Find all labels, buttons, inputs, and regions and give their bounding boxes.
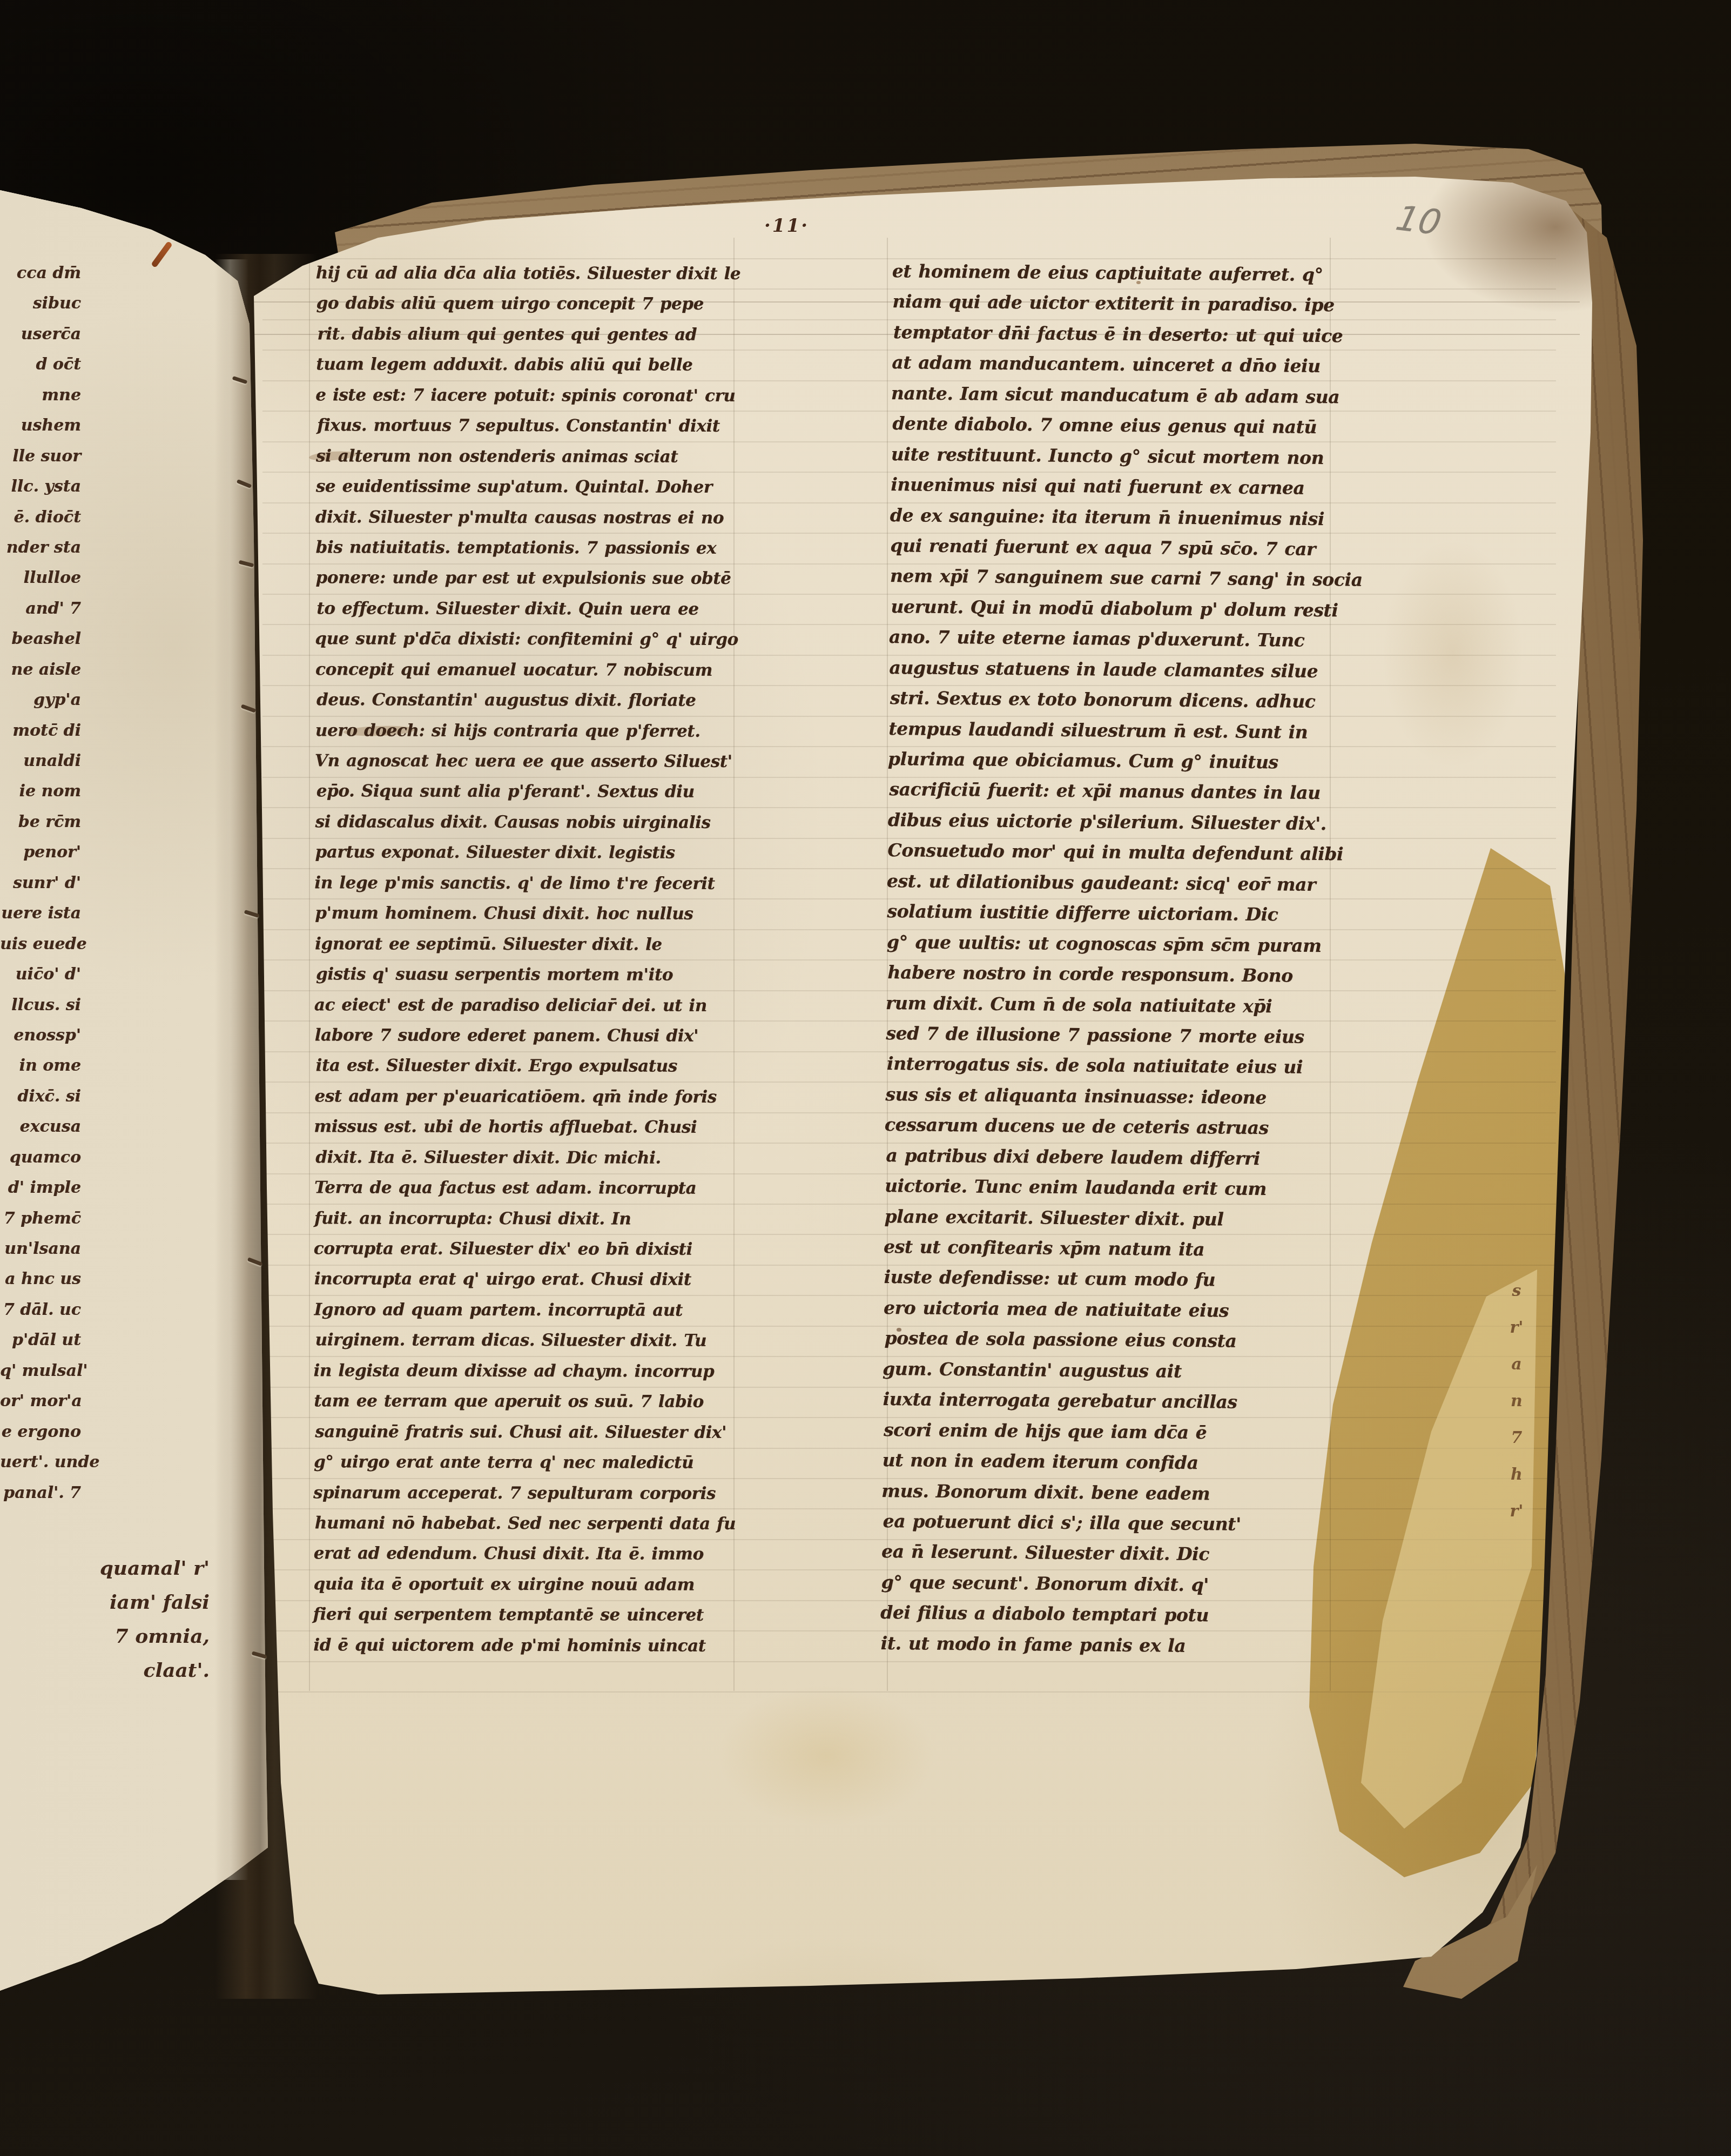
facing-page-line-fragment: 7 dāl. uc bbox=[0, 1295, 81, 1325]
facing-page-line-fragment: or' mor'a bbox=[0, 1386, 81, 1416]
facing-page-line-fragment: d oc̄t bbox=[0, 350, 81, 380]
facing-page-line-fragment: excusa bbox=[0, 1112, 81, 1142]
facing-page-line-fragment: ne aisle bbox=[0, 655, 81, 685]
facing-page-line-fragment: dixc̄. si bbox=[0, 1082, 81, 1112]
gutter-fold-highlight bbox=[215, 259, 248, 1880]
facing-page-line-fragment: userc̄a bbox=[0, 319, 81, 350]
facing-page-line-fragment: nder sta bbox=[0, 533, 81, 563]
facing-page-line-fragment: e ergono bbox=[0, 1417, 81, 1447]
facing-page-line-fragment: sunr' d' bbox=[0, 868, 81, 898]
facing-page-line-fragment: beashel bbox=[0, 624, 81, 654]
facing-page-line-fragment: uic̄o' d' bbox=[0, 959, 81, 990]
facing-page-line-fragment: q' mulsal' bbox=[0, 1356, 81, 1386]
facing-page-line-fragment: panal'. 7 bbox=[0, 1478, 81, 1508]
facing-page-line-fragment: lle suor bbox=[0, 441, 81, 472]
facing-page-line-fragment: llc. ysta bbox=[0, 472, 81, 502]
facing-page-line-fragment: gyp'a bbox=[0, 685, 81, 715]
facing-page-line-fragment: motc̄ di bbox=[0, 716, 81, 746]
facing-page-line-fragment: unaldi bbox=[0, 746, 81, 776]
facing-page-line-fragment: 7 phemc̄ bbox=[0, 1204, 81, 1234]
facing-page-line-fragment: mne bbox=[0, 380, 81, 411]
facing-page-line-fragment: ushem bbox=[0, 411, 81, 441]
facing-page-line-fragment: llcus. si bbox=[0, 990, 81, 1020]
facing-page-line-fragment: 7 omnia, bbox=[0, 1620, 210, 1654]
facing-page-line-fragment: be rc̄m bbox=[0, 807, 81, 837]
facing-page-line-fragment: penor' bbox=[0, 837, 81, 868]
facing-page-line-fragment: and' 7 bbox=[0, 594, 81, 624]
facing-page-line-fragment: quamco bbox=[0, 1143, 81, 1173]
facing-page-line-fragment: uert'. unde bbox=[0, 1447, 81, 1477]
facing-page-line-fragment: un'lsana bbox=[0, 1234, 81, 1264]
facing-page-text-fragments: cca dm̄sibucuserc̄ad oc̄tmneushemlle suo… bbox=[0, 258, 81, 1508]
facing-page-line-fragment: uere ista bbox=[0, 898, 81, 929]
facing-page-line-fragment: uis euede bbox=[0, 929, 81, 959]
facing-page-line-fragment: d' imple bbox=[0, 1173, 81, 1203]
facing-page-line-fragment: llulloe bbox=[0, 563, 81, 593]
facing-page-line-fragment: ē. dioc̄t bbox=[0, 502, 81, 533]
facing-page-line-fragment: in ome bbox=[0, 1051, 81, 1081]
facing-page-line-fragment: ie nom bbox=[0, 776, 81, 807]
facing-page-line-fragment: iam' falsi bbox=[0, 1586, 210, 1620]
facing-page-line-fragment: quamal' r' bbox=[0, 1551, 210, 1586]
facing-page-line-fragment: sibuc bbox=[0, 288, 81, 319]
facing-page-bottom-fragments: quamal' r'iam' falsi7 omnia,claat'. bbox=[0, 1551, 210, 1688]
facing-page-line-fragment: a hnc us bbox=[0, 1264, 81, 1294]
facing-page-line-fragment: cca dm̄ bbox=[0, 258, 81, 288]
facing-page-line-fragment: claat'. bbox=[0, 1654, 210, 1688]
facing-page-line-fragment: p'dāl ut bbox=[0, 1325, 81, 1355]
facing-page-line-fragment: enossp' bbox=[0, 1020, 81, 1051]
